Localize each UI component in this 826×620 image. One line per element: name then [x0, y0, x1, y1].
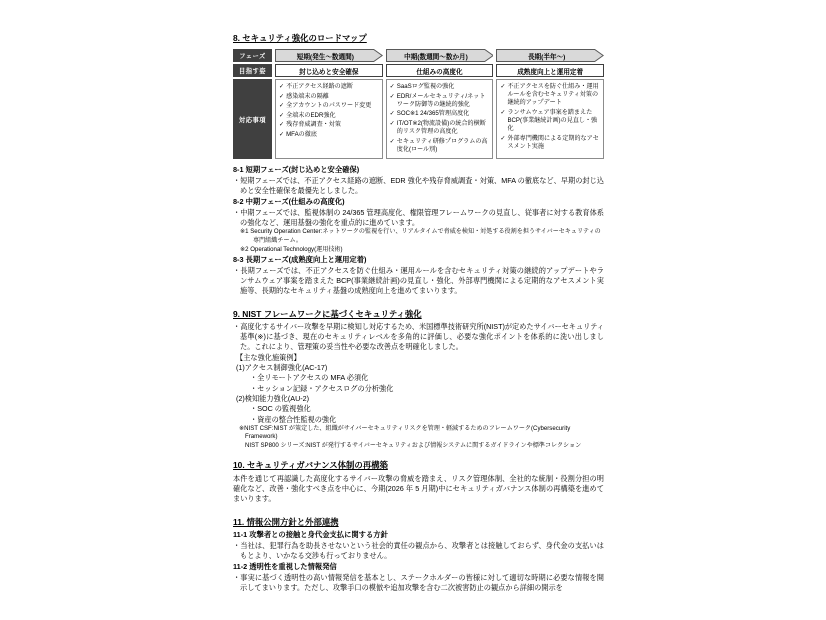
- action-text: 全アカウントのパスワード変更: [286, 102, 371, 110]
- check-icon: ✓: [500, 109, 505, 133]
- action-item: ✓外部専門機関による定期的なアセスメント実施: [500, 135, 601, 151]
- section-11-title: 11. 情報公開方針と外部連携: [233, 517, 604, 528]
- action-text: ランサムウェア事案を踏まえたBCP(事業継続計画)の見直し・強化: [507, 109, 601, 133]
- document-page: 8. セキュリティ強化のロードマップ フェーズ 短期(発生〜数週間) 中期(数週…: [233, 33, 604, 593]
- check-icon: ✓: [500, 135, 505, 151]
- action-item: ✓MFAの徹底: [279, 131, 380, 139]
- action-item: ✓感染端末の隔離: [279, 93, 380, 101]
- actions-cell-long-term: ✓不正アクセスを防ぐ仕組み・運用ルールを含むセキュリティ対策の継続的アップデート…: [496, 79, 604, 159]
- paragraph-8-1: ・短期フェーズでは、不正アクセス経路の遮断、EDR 強化や残存脅威調査・対策、M…: [233, 176, 604, 197]
- actions-cell-short-term: ✓不正アクセス経路の遮断 ✓感染端末の隔離 ✓全アカウントのパスワード変更 ✓全…: [275, 79, 383, 159]
- action-text: 残存脅威調査・対策: [286, 121, 341, 129]
- actions-cell-mid-term: ✓SaaSログ監視の強化 ✓EDR/メールセキュリティ/ネットワーク防御等の継続…: [386, 79, 494, 159]
- action-text: IT/OT※2(物流設備)の統合的横断的リスク管理の高度化: [397, 120, 491, 136]
- check-icon: ✓: [279, 102, 284, 110]
- examples-heading: 【主な強化施策例】: [236, 353, 604, 363]
- check-icon: ✓: [279, 131, 284, 139]
- check-icon: ✓: [279, 112, 284, 120]
- nist-footnotes: ※NIST CSF:NIST が策定した、組織がサイバーセキュリティリスクを管理…: [239, 425, 604, 451]
- row-label-goal: 目指す姿: [233, 64, 272, 77]
- example-2-item: ・資産の整合性監視の強化: [250, 415, 604, 425]
- heading-11-1: 11-1 攻撃者との接触と身代金支払に関する方針: [233, 530, 604, 541]
- section-10-title: 10. セキュリティガバナンス体制の再構築: [233, 460, 604, 471]
- heading-8-1: 8-1 短期フェーズ(封じ込めと安全確保): [233, 165, 604, 176]
- paragraph-8-2: ・中期フェーズでは、監視体制の 24/365 管理高度化、権限管理フレームワーク…: [233, 208, 604, 229]
- example-2-heading: (2)検知能力強化(AU-2): [236, 394, 604, 404]
- action-item: ✓セキュリティ研修プログラムの高度化(ロール別): [390, 138, 491, 154]
- action-text: 外部専門機関による定期的なアセスメント実施: [507, 135, 601, 151]
- action-item: ✓ランサムウェア事案を踏まえたBCP(事業継続計画)の見直し・強化: [500, 109, 601, 133]
- action-text: 不正アクセス経路の遮断: [286, 83, 353, 91]
- check-icon: ✓: [500, 83, 505, 107]
- check-icon: ✓: [279, 93, 284, 101]
- action-item: ✓IT/OT※2(物流設備)の統合的横断的リスク管理の高度化: [390, 120, 491, 136]
- footnote-nist-csf: ※NIST CSF:NIST が策定した、組織がサイバーセキュリティリスクを管理…: [239, 425, 604, 442]
- section-9-title: 9. NIST フレームワークに基づくセキュリティ強化: [233, 309, 604, 320]
- check-icon: ✓: [390, 138, 395, 154]
- action-item: ✓全アカウントのパスワード変更: [279, 102, 380, 110]
- check-icon: ✓: [279, 83, 284, 91]
- example-1-item: ・セッション記録・アクセスログの分析強化: [250, 384, 604, 394]
- paragraph-10: 本件を通じて再認識した高度化するサイバー攻撃の脅威を踏まえ、リスク管理体制、全社…: [233, 474, 604, 505]
- action-text: 感染端末の隔離: [286, 93, 329, 101]
- paragraph-9: ・高度化するサイバー攻撃を早期に検知し対応するため、米国標準技術研究所(NIST…: [233, 322, 604, 353]
- goal-cell-mid-term: 仕組みの高度化: [386, 64, 494, 77]
- paragraph-11-1: ・当社は、犯罪行為を助長させないという社会的責任の観点から、攻撃者とは接触してお…: [233, 541, 604, 562]
- action-text: SaaSログ監視の強化: [397, 83, 455, 91]
- action-text: MFAの徹底: [286, 131, 317, 139]
- row-label-actions: 対応事項: [233, 79, 272, 159]
- phase-header-mid-term: 中期(数週間〜数か月): [386, 49, 494, 62]
- example-1-heading: (1)アクセス制御強化(AC-17): [236, 363, 604, 373]
- heading-8-3: 8-3 長期フェーズ(成熟度向上と運用定着): [233, 255, 604, 266]
- roadmap-table: フェーズ 短期(発生〜数週間) 中期(数週間〜数か月) 長期(半年〜) 目指す姿…: [233, 49, 604, 159]
- phase-label: 中期(数週間〜数か月): [386, 49, 494, 62]
- example-1-item: ・全リモートアクセスの MFA 必須化: [250, 373, 604, 383]
- footnote-soc: ※1 Security Operation Center:ネットワークの監視を行…: [240, 228, 604, 245]
- goal-cell-short-term: 封じ込めと安全確保: [275, 64, 383, 77]
- heading-8-2: 8-2 中期フェーズ(仕組みの高度化): [233, 197, 604, 208]
- action-item: ✓残存脅威調査・対策: [279, 121, 380, 129]
- action-text: 不正アクセスを防ぐ仕組み・運用ルールを含むセキュリティ対策の継続的アップデート: [507, 83, 601, 107]
- check-icon: ✓: [390, 83, 395, 91]
- action-text: 全端末のEDR強化: [286, 112, 335, 120]
- action-text: EDR/メールセキュリティ/ネットワーク防御等の継続的強化: [397, 93, 491, 109]
- check-icon: ✓: [390, 120, 395, 136]
- footnote-ot: ※2 Operational Technology(運用技術): [240, 246, 604, 255]
- phase-label: 短期(発生〜数週間): [275, 49, 383, 62]
- action-text: SOC※1 24/365管理高度化: [397, 110, 470, 118]
- goal-cell-long-term: 成熟度向上と運用定着: [496, 64, 604, 77]
- example-2-item: ・SOC の監視強化: [250, 404, 604, 414]
- action-item: ✓不正アクセスを防ぐ仕組み・運用ルールを含むセキュリティ対策の継続的アップデート: [500, 83, 601, 107]
- heading-11-2: 11-2 透明性を重視した情報発信: [233, 562, 604, 573]
- action-text: セキュリティ研修プログラムの高度化(ロール別): [397, 138, 491, 154]
- phase-header-long-term: 長期(半年〜): [496, 49, 604, 62]
- row-label-phase: フェーズ: [233, 49, 272, 62]
- check-icon: ✓: [390, 93, 395, 109]
- paragraph-8-3: ・長期フェーズでは、不正アクセスを防ぐ仕組み・運用ルールを含むセキュリティ対策の…: [233, 266, 604, 297]
- section-8-title: 8. セキュリティ強化のロードマップ: [233, 33, 604, 44]
- phase-header-short-term: 短期(発生〜数週間): [275, 49, 383, 62]
- paragraph-11-2: ・事実に基づく透明性の高い情報発信を基本とし、ステークホルダーの皆様に対して適切…: [233, 573, 604, 594]
- action-item: ✓不正アクセス経路の遮断: [279, 83, 380, 91]
- action-item: ✓SOC※1 24/365管理高度化: [390, 110, 491, 118]
- check-icon: ✓: [279, 121, 284, 129]
- check-icon: ✓: [390, 110, 395, 118]
- action-item: ✓全端末のEDR強化: [279, 112, 380, 120]
- phase-label: 長期(半年〜): [496, 49, 604, 62]
- action-item: ✓SaaSログ監視の強化: [390, 83, 491, 91]
- action-item: ✓EDR/メールセキュリティ/ネットワーク防御等の継続的強化: [390, 93, 491, 109]
- footnote-nist-sp800: NIST SP800 シリーズ:NIST が発行するサイバーセキュリティおよび情…: [239, 442, 604, 451]
